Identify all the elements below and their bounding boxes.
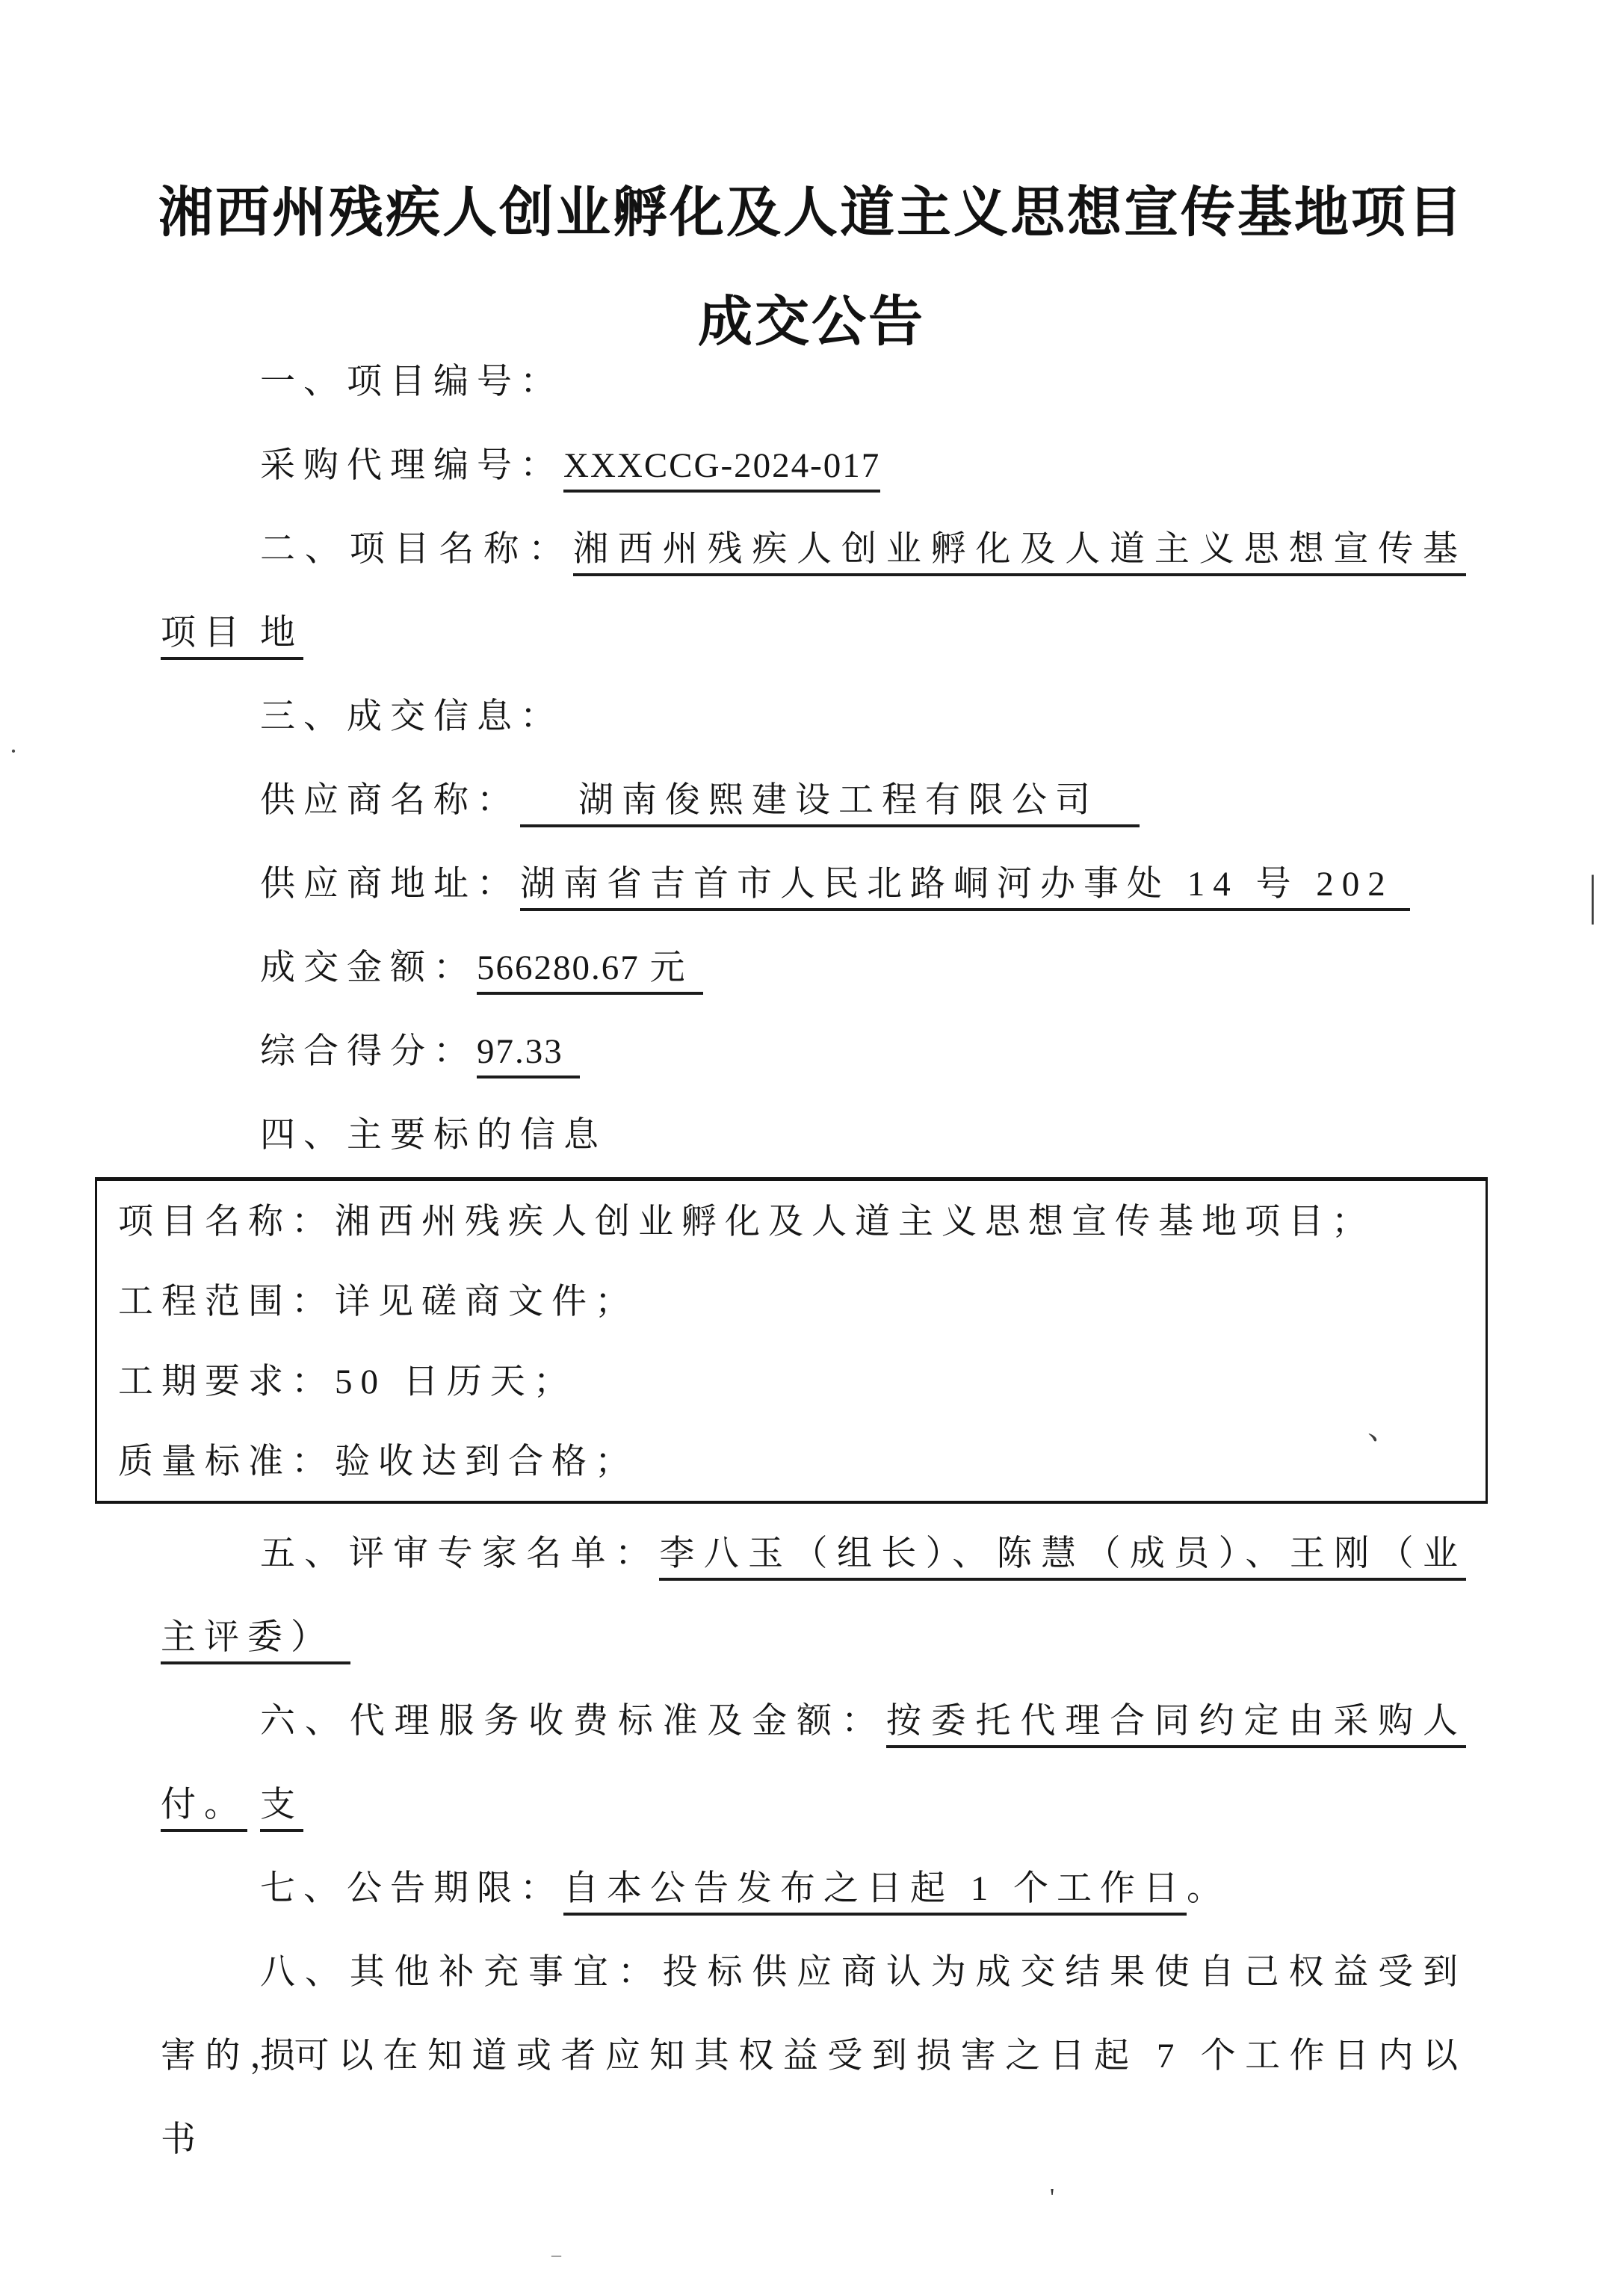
- supplier-name-value: 湖南俊熙建设工程有限公司: [520, 781, 1140, 827]
- scan-artifact-dot: ·: [9, 735, 18, 767]
- section-5-experts-line: 五、评审专家名单：李八玉（组长）、陈慧（成员）、王刚（业: [161, 1512, 1466, 1596]
- section-6-agency-fee-line: 六、代理服务收费标准及金额：按委托代理合同约定由采购人支: [161, 1679, 1466, 1763]
- box-project-name-line: 项目名称：湘西州残疾人创业孵化及人道主义思想宣传基地项目；: [118, 1182, 1478, 1262]
- award-amount-line: 成交金额：566280.67 元: [161, 926, 1466, 1010]
- section-1-project-number: 一、项目编号：: [161, 340, 1466, 424]
- project-number-label: 一、项目编号：: [260, 362, 563, 401]
- notice-period-value: 自本公告发布之日起 1 个工作日: [563, 1869, 1187, 1916]
- doc-body-lower: 五、评审专家名单：李八玉（组长）、陈慧（成员）、王刚（业 主评委） 六、代理服务…: [161, 1512, 1466, 2098]
- supplier-name-label: 供应商名称：: [260, 781, 520, 820]
- award-amount-label: 成交金额：: [260, 948, 477, 987]
- section-7-notice-period-line: 七、公告期限：自本公告发布之日起 1 个工作日。: [161, 1847, 1466, 1931]
- experts-continuation: 主评委）: [161, 1596, 1466, 1679]
- score-label: 综合得分：: [260, 1032, 477, 1071]
- notice-period-fullstop: 。: [1187, 1869, 1230, 1908]
- agency-code-value: XXXCCG-2024-017: [563, 446, 880, 493]
- award-info-label: 三、成交信息：: [260, 697, 563, 736]
- scanned-announcement-page: 湘西州残疾人创业孵化及人道主义思想宣传基地项目 成交公告 一、项目编号： 采购代…: [0, 0, 1623, 2296]
- project-name-label: 二、项目名称：: [260, 530, 573, 569]
- score-line: 综合得分：97.33: [161, 1010, 1466, 1093]
- subject-info-box: 项目名称：湘西州残疾人创业孵化及人道主义思想宣传基地项目； 工程范围：详见磋商文…: [95, 1177, 1488, 1504]
- agency-fee-value-part2: 付。: [161, 1786, 247, 1832]
- doc-title-line1: 湘西州残疾人创业孵化及人道主义思想宣传基地项目: [0, 169, 1623, 257]
- supplier-address-value: 湖南省吉首市人民北路峒河办事处 14 号 202: [520, 865, 1410, 911]
- box-quality-line: 质量标准：验收达到合格；: [118, 1422, 1478, 1502]
- experts-value-part2: 主评委）: [161, 1618, 350, 1664]
- section-8-other-matters-line1: 八、其他补充事宜：投标供应商认为成交结果使自己权益受到损: [161, 1931, 1466, 2014]
- experts-label: 五、评审专家名单：: [260, 1534, 659, 1573]
- doc-body-upper: 一、项目编号： 采购代理编号：XXXCCG-2024-017 二、项目名称：湘西…: [161, 340, 1466, 1177]
- project-name-continuation: 项目: [161, 591, 1466, 675]
- section-3-award-info: 三、成交信息：: [161, 675, 1466, 759]
- agency-code-line: 采购代理编号：XXXCCG-2024-017: [161, 424, 1466, 507]
- supplier-address-label: 供应商地址：: [260, 865, 520, 904]
- award-amount-value: 566280.67 元: [477, 948, 703, 995]
- score-value: 97.33: [477, 1032, 580, 1078]
- other-matters-text-2: 害的，可以在知道或者应知其权益受到损害之日起 7 个工作日内以书: [161, 2037, 1466, 2159]
- agency-fee-label: 六、代理服务收费标准及金额：: [260, 1702, 886, 1741]
- supplier-address-line: 供应商地址：湖南省吉首市人民北路峒河办事处 14 号 202: [161, 842, 1466, 926]
- experts-value-part1: 李八玉（组长）、陈慧（成员）、王刚（业: [659, 1534, 1466, 1581]
- supplier-name-line: 供应商名称：湖南俊熙建设工程有限公司: [161, 759, 1466, 842]
- scan-artifact-edge-tick: |: [1589, 863, 1597, 926]
- subject-info-label: 四、主要标的信息: [260, 1116, 607, 1155]
- section-4-subject-info: 四、主要标的信息: [161, 1093, 1466, 1177]
- section-2-project-name: 二、项目名称：湘西州残疾人创业孵化及人道主义思想宣传基地: [161, 507, 1466, 591]
- scan-artifact-smudge: –: [551, 2244, 561, 2266]
- section-8-other-matters-line2: 害的，可以在知道或者应知其权益受到损害之日起 7 个工作日内以书: [161, 2014, 1466, 2098]
- scan-artifact-tick: ': [1050, 2184, 1054, 2212]
- agency-code-label: 采购代理编号：: [260, 446, 563, 485]
- scan-artifact-comma: 、: [1367, 1404, 1399, 1448]
- project-name-value-part2: 项目: [161, 614, 276, 660]
- box-duration-line: 工期要求：50 日历天；: [118, 1342, 1478, 1422]
- box-scope-line: 工程范围：详见磋商文件；: [118, 1262, 1478, 1342]
- notice-period-label: 七、公告期限：: [260, 1869, 563, 1908]
- agency-fee-continuation: 付。: [161, 1763, 1466, 1847]
